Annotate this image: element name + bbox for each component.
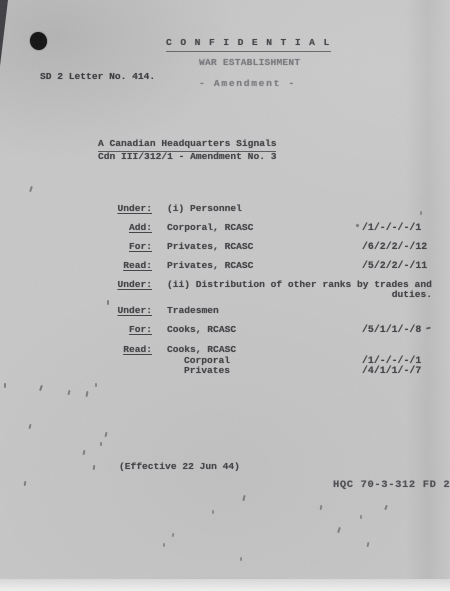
row-label: Under: (88, 203, 152, 215)
row-text: Privates, RCASC (167, 260, 253, 272)
ink-speckle (320, 505, 323, 510)
row-under-personnel: Under: (i) Personnel (0, 203, 450, 215)
ink-speckle (95, 383, 97, 387)
row-read-cooks-privates: Privates /4/1/1/-/7 (0, 365, 450, 377)
amendment-heading: - Amendment - (199, 78, 296, 90)
hole-punch-mark (28, 30, 49, 52)
row-text-continued: duties. (167, 289, 432, 301)
war-establishment-heading: WAR ESTABLISHMENT (199, 57, 300, 69)
ink-speckle (367, 542, 370, 547)
ink-speckle (83, 450, 86, 455)
row-text: Corporal, RCASC (167, 222, 253, 234)
ink-speckle (4, 383, 6, 388)
row-label: Under: (88, 279, 152, 291)
row-text: (i) Personnel (167, 203, 242, 215)
classification-heading: C O N F I D E N T I A L (166, 37, 331, 52)
ink-speckle (105, 432, 108, 437)
ink-speckle (420, 211, 422, 215)
ink-speckle (107, 300, 109, 305)
row-establishment-figures: /4/1/1/-/7 (362, 365, 421, 377)
scanned-document-page: C O N F I D E N T I A L WAR ESTABLISHMEN… (0, 0, 450, 591)
row-add-corporal: Add: Corporal, RCASC /1/-/-/-/1 (0, 222, 450, 234)
handwritten-tick: - (422, 319, 435, 338)
ink-speckle (67, 390, 70, 395)
letter-number: SD 2 Letter No. 414. (40, 71, 155, 83)
ink-speckle (240, 557, 242, 561)
ink-speckle (242, 495, 245, 501)
unit-title: A Canadian Headquarters Signals (98, 138, 276, 152)
row-text: Cooks, RCASC (167, 324, 236, 336)
reference-line: Cdn III/312/1 - Amendment No. 3 (98, 151, 276, 163)
row-text: Privates (184, 365, 230, 377)
row-label: For: (88, 324, 152, 336)
row-for-cooks: For: Cooks, RCASC /5/1/1/-/8 - (0, 324, 450, 336)
ink-speckle (39, 385, 43, 391)
row-under-tradesmen: Under: Tradesmen (0, 305, 450, 317)
file-reference: HQC 70-3-312 FD 2 (333, 479, 450, 491)
row-for-privates: For: Privates, RCASC /6/2/2/-/12 (0, 241, 450, 253)
effective-date: (Effective 22 Jun 44) (119, 461, 240, 473)
ink-speckle (172, 533, 175, 537)
ink-speckle (100, 442, 102, 446)
row-establishment-figures: /6/2/2/-/12 (362, 241, 427, 253)
scan-corner-artifact (0, 0, 8, 66)
ink-speckle (163, 543, 165, 547)
row-read-privates: Read: Privates, RCASC /5/2/2/-/11 (0, 260, 450, 272)
row-establishment-figures: /1/-/-/-/1 (362, 222, 421, 234)
ink-speckle (360, 515, 362, 519)
row-label: Under: (88, 305, 152, 317)
ink-speckle (337, 527, 341, 533)
ink-speckle (384, 505, 388, 510)
ink-speckle (29, 186, 33, 192)
row-under-distribution: Under: (ii) Distribution of other ranks … (0, 279, 450, 303)
row-label: Add: (88, 222, 152, 234)
ink-speckle (212, 510, 214, 514)
row-establishment-figures: /5/2/2/-/11 (362, 260, 427, 272)
row-label: Read: (88, 260, 152, 272)
ink-speckle (24, 481, 27, 486)
scan-edge-strip (0, 579, 450, 591)
ink-speckle (85, 391, 88, 397)
ink-speckle (28, 424, 31, 429)
row-label: For: (88, 241, 152, 253)
row-establishment-figures: /5/1/1/-/8 (362, 324, 421, 336)
ink-speckle (93, 465, 96, 470)
row-text: Tradesmen (167, 305, 219, 317)
row-text: Privates, RCASC (167, 241, 253, 253)
